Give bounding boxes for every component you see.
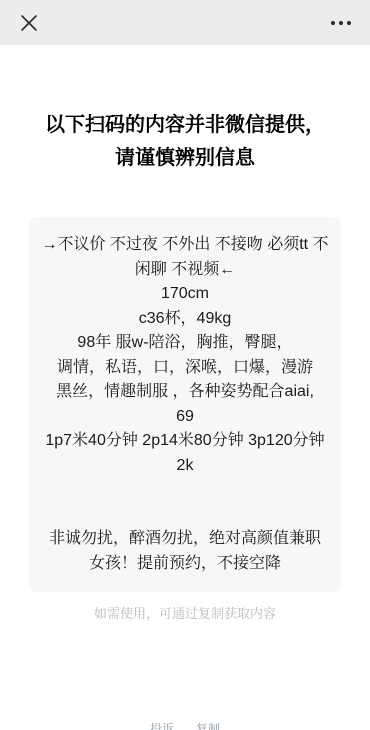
text-line: 2k — [39, 454, 331, 479]
text-line: 女孩！提前预约，不接空降 — [39, 552, 331, 577]
text-line: 黑丝，情趣制服 ，各种姿势配合aiai, — [39, 380, 331, 405]
text-line — [39, 478, 331, 503]
text-line: 非诚勿扰，醉酒勿扰，绝对高颜值兼职 — [39, 527, 331, 552]
copy-hint: 如需使用，可通过复制获取内容 — [0, 603, 370, 622]
text-line: c36杯，49kg — [39, 307, 331, 332]
text-line: 1p7米40分钟 2p14米80分钟 3p120分钟 — [39, 429, 331, 454]
text-line: 69 — [39, 405, 331, 430]
wechat-scan-result-screen: 以下扫码的内容并非微信提供， 请谨慎辨别信息 →不议价 不过夜 不外出 不接吻 … — [0, 0, 370, 730]
text-line: 170cm — [39, 282, 331, 307]
copy-action[interactable]: 复制 — [196, 720, 220, 730]
footer-actions: 投诉 复制 — [0, 720, 370, 730]
text-line: →不议价 不过夜 不外出 不接吻 必须tt 不 — [39, 233, 331, 258]
warning-title-line2: 请谨慎辨别信息 — [0, 142, 370, 175]
complaint-action[interactable]: 投诉 — [150, 720, 174, 730]
navbar — [0, 0, 370, 45]
close-icon[interactable] — [17, 11, 41, 35]
text-line: 调情，私语，口，深喉，口爆，漫游 — [39, 356, 331, 381]
scanned-text-box: →不议价 不过夜 不外出 不接吻 必须tt 不闲聊 不视频←170cmc36杯，… — [29, 217, 341, 592]
text-line — [39, 503, 331, 528]
text-line: 98年 服w-陪浴，胸推，臀腿， — [39, 331, 331, 356]
warning-title-line1: 以下扫码的内容并非微信提供， — [0, 109, 370, 142]
warning-title: 以下扫码的内容并非微信提供， 请谨慎辨别信息 — [0, 109, 370, 175]
more-icon[interactable] — [329, 11, 353, 35]
three-dots-glyph — [331, 21, 351, 25]
text-line: 闲聊 不视频← — [39, 258, 331, 283]
